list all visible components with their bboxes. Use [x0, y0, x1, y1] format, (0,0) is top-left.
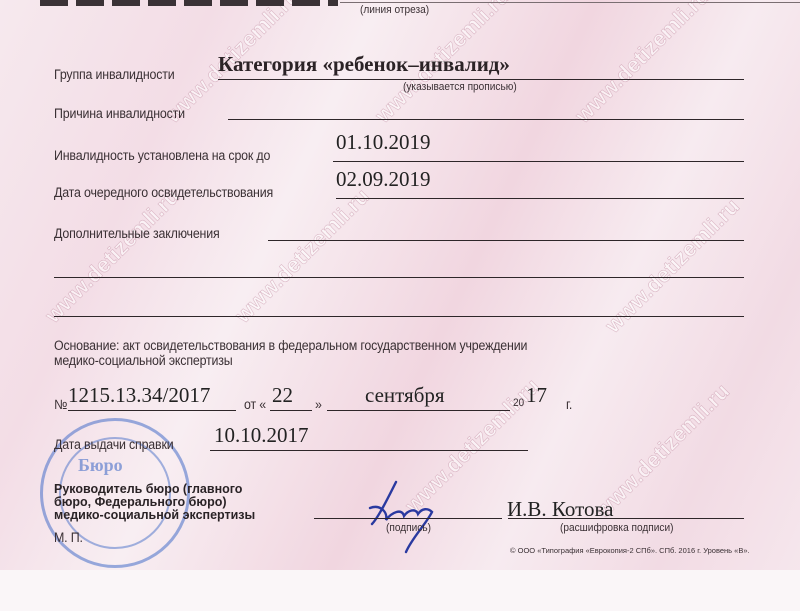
watermark: www.detizemli.ru — [570, 0, 715, 128]
signer-name-line — [508, 518, 744, 519]
act-month-value[interactable]: сентября — [365, 383, 445, 408]
valid-until-label: Инвалидность установлена на срок до — [54, 148, 270, 163]
watermark: www.detizemli.ru — [40, 184, 185, 329]
basis-text-line-2: медико-социальной экспертизы — [54, 353, 233, 368]
next-exam-label: Дата очередного освидетельствования — [54, 185, 273, 200]
act-year-unit: г. — [566, 397, 572, 412]
act-month-line — [327, 410, 510, 411]
basis-text-line-1: Основание: акт освидетельствования в фед… — [54, 338, 527, 353]
signature-line[interactable] — [314, 518, 502, 519]
issue-date-value[interactable]: 10.10.2017 — [214, 423, 309, 448]
act-from-label: от « — [244, 397, 266, 412]
cut-line-label: (линия отреза) — [360, 4, 429, 16]
act-day-value[interactable]: 22 — [272, 383, 293, 408]
additional-conclusions-line-3[interactable] — [54, 316, 744, 317]
valid-until-line — [333, 161, 744, 162]
issue-date-label: Дата выдачи справки — [54, 437, 173, 452]
act-day-line — [270, 410, 312, 411]
disability-group-hint: (указывается прописью) — [403, 81, 517, 93]
additional-conclusions-line-1[interactable] — [268, 240, 744, 241]
disability-group-line — [218, 79, 744, 80]
printer-imprint: © ООО «Типография «Еврокопия-2 СПб». СПб… — [510, 546, 750, 555]
additional-conclusions-label: Дополнительные заключения — [54, 226, 220, 241]
handwritten-signature-icon — [362, 478, 446, 554]
act-year-value[interactable]: 17 — [526, 383, 547, 408]
next-exam-line — [336, 198, 744, 199]
signer-name-hint: (расшифровка подписи) — [560, 522, 674, 534]
page-bottom-margin — [0, 570, 800, 611]
head-role-line-3: медико-социальной экспертизы — [54, 509, 255, 522]
disability-cause-line[interactable] — [228, 119, 744, 120]
disability-group-label: Группа инвалидности — [54, 67, 175, 82]
act-number-prefix: № — [54, 397, 67, 412]
watermark: www.detizemli.ru — [230, 184, 375, 329]
act-number-value[interactable]: 1215.13.34/2017 — [68, 383, 210, 408]
act-year-prefix: 20 — [513, 397, 524, 409]
disability-cause-label: Причина инвалидности — [54, 106, 185, 121]
stamp-center-text: Бюро — [78, 455, 123, 476]
disability-group-value[interactable]: Категория «ребенок–инвалид» — [218, 52, 510, 77]
act-number-line — [68, 410, 236, 411]
next-exam-value[interactable]: 02.09.2019 — [336, 167, 431, 192]
signature-hint: (подпись) — [386, 522, 431, 534]
additional-conclusions-line-2[interactable] — [54, 277, 744, 278]
issue-date-line — [210, 450, 528, 451]
valid-until-value[interactable]: 01.10.2019 — [336, 130, 431, 155]
act-day-close: » — [315, 397, 322, 412]
seal-label: М. П. — [54, 530, 83, 545]
